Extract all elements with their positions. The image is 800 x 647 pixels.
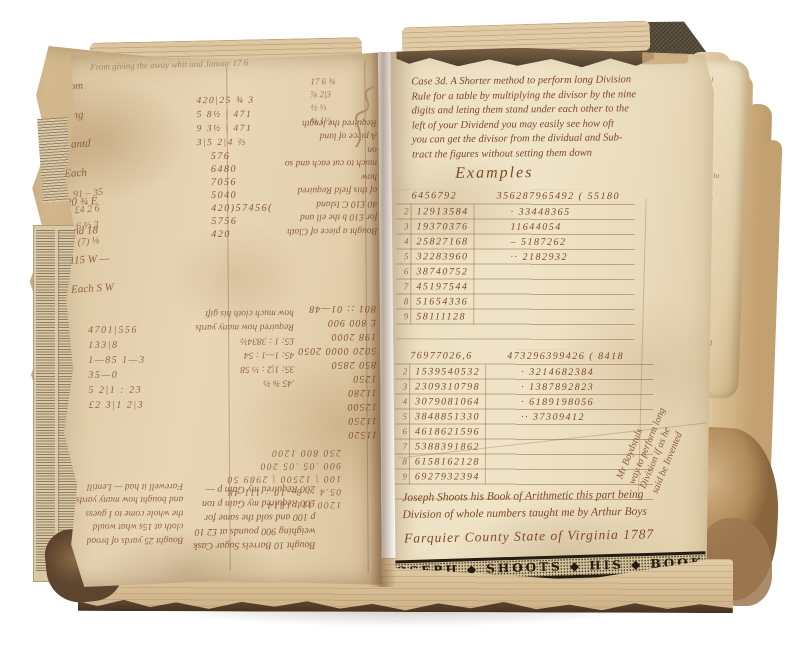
work-lines-2: · 3214682384 · 1387892823 · 6189198056 ·… — [521, 365, 594, 425]
division-example-2: 76977026,6 473296399426 ( 8418 2 3 4 5 6… — [395, 349, 654, 500]
upside-down-sums: 1200 111 1814 05.4 :: 8—10 : 111 48 100 … — [209, 445, 341, 511]
division-example-1: 6456792 356287965492 ( 55180 2 3 4 5 6 7… — [396, 189, 635, 340]
newsprint-fragment — [37, 117, 73, 203]
fraction-workings: 420|25 ¾ 3 5 8½ | 471 9 3½ | 471 3|5 2|4… — [196, 94, 284, 151]
multiples-column-2: 1539540532 2309310798 3079081064 3848851… — [409, 364, 486, 484]
upside-down-cloth-problem: Bought 25 yards of broad cloth at 15s wh… — [65, 478, 183, 546]
examples-heading: Examples — [455, 163, 533, 184]
upside-down-ratios: .45 ⅜ ⅔ 35: 1|2 : ⅓ 58 45: 1—1 : 54 £5: … — [168, 305, 295, 390]
worn-bottom-edge — [78, 595, 733, 613]
left-page: From giving the away whit and Januar 17 … — [58, 53, 382, 587]
upside-down-number-column: 11520 11250 12500 11280 1250 850 2850 50… — [292, 301, 377, 442]
multiples-column-1: 12913584 19370376 25827168 32283960 3874… — [410, 204, 474, 324]
case-rule-paragraph: Case 3d. A Shorter method to perform lon… — [411, 73, 700, 163]
margin-sums: 91 – 35 £4 2 6 6 ⅔ 3 (7) ⅛ — [72, 178, 178, 251]
multiplier-digits-1: 2 3 4 5 6 7 8 9 — [397, 204, 408, 324]
dividend-line-2: 473296399426 ( 8418 — [507, 350, 624, 363]
photo-stage: mini of lini s lub- ornatio affair using… — [0, 0, 800, 647]
divisor-2: 76977026,6 — [410, 349, 473, 362]
binding-thread-icon — [344, 82, 384, 152]
right-page: Case 3d. A Shorter method to perform lon… — [386, 47, 715, 582]
multiplier-digits-2: 2 3 4 5 6 7 8 9 — [396, 364, 407, 484]
work-lines-1: · 33448365 11644054 – 5187262 ·· 2182932 — [510, 205, 570, 265]
divisor-1: 6456792 — [412, 189, 458, 202]
place-date-line: Farquier County State of Virginia 1787 — [404, 524, 704, 547]
dividend-line-1: 356287965492 ( 55180 — [497, 190, 620, 203]
number-column: 576 6480 7056 5040 420)57456( 5756 420 — [211, 149, 294, 241]
colophon: Joseph Shoots his Book of Arithmetic thi… — [402, 486, 700, 524]
newsprint-column — [36, 230, 55, 571]
